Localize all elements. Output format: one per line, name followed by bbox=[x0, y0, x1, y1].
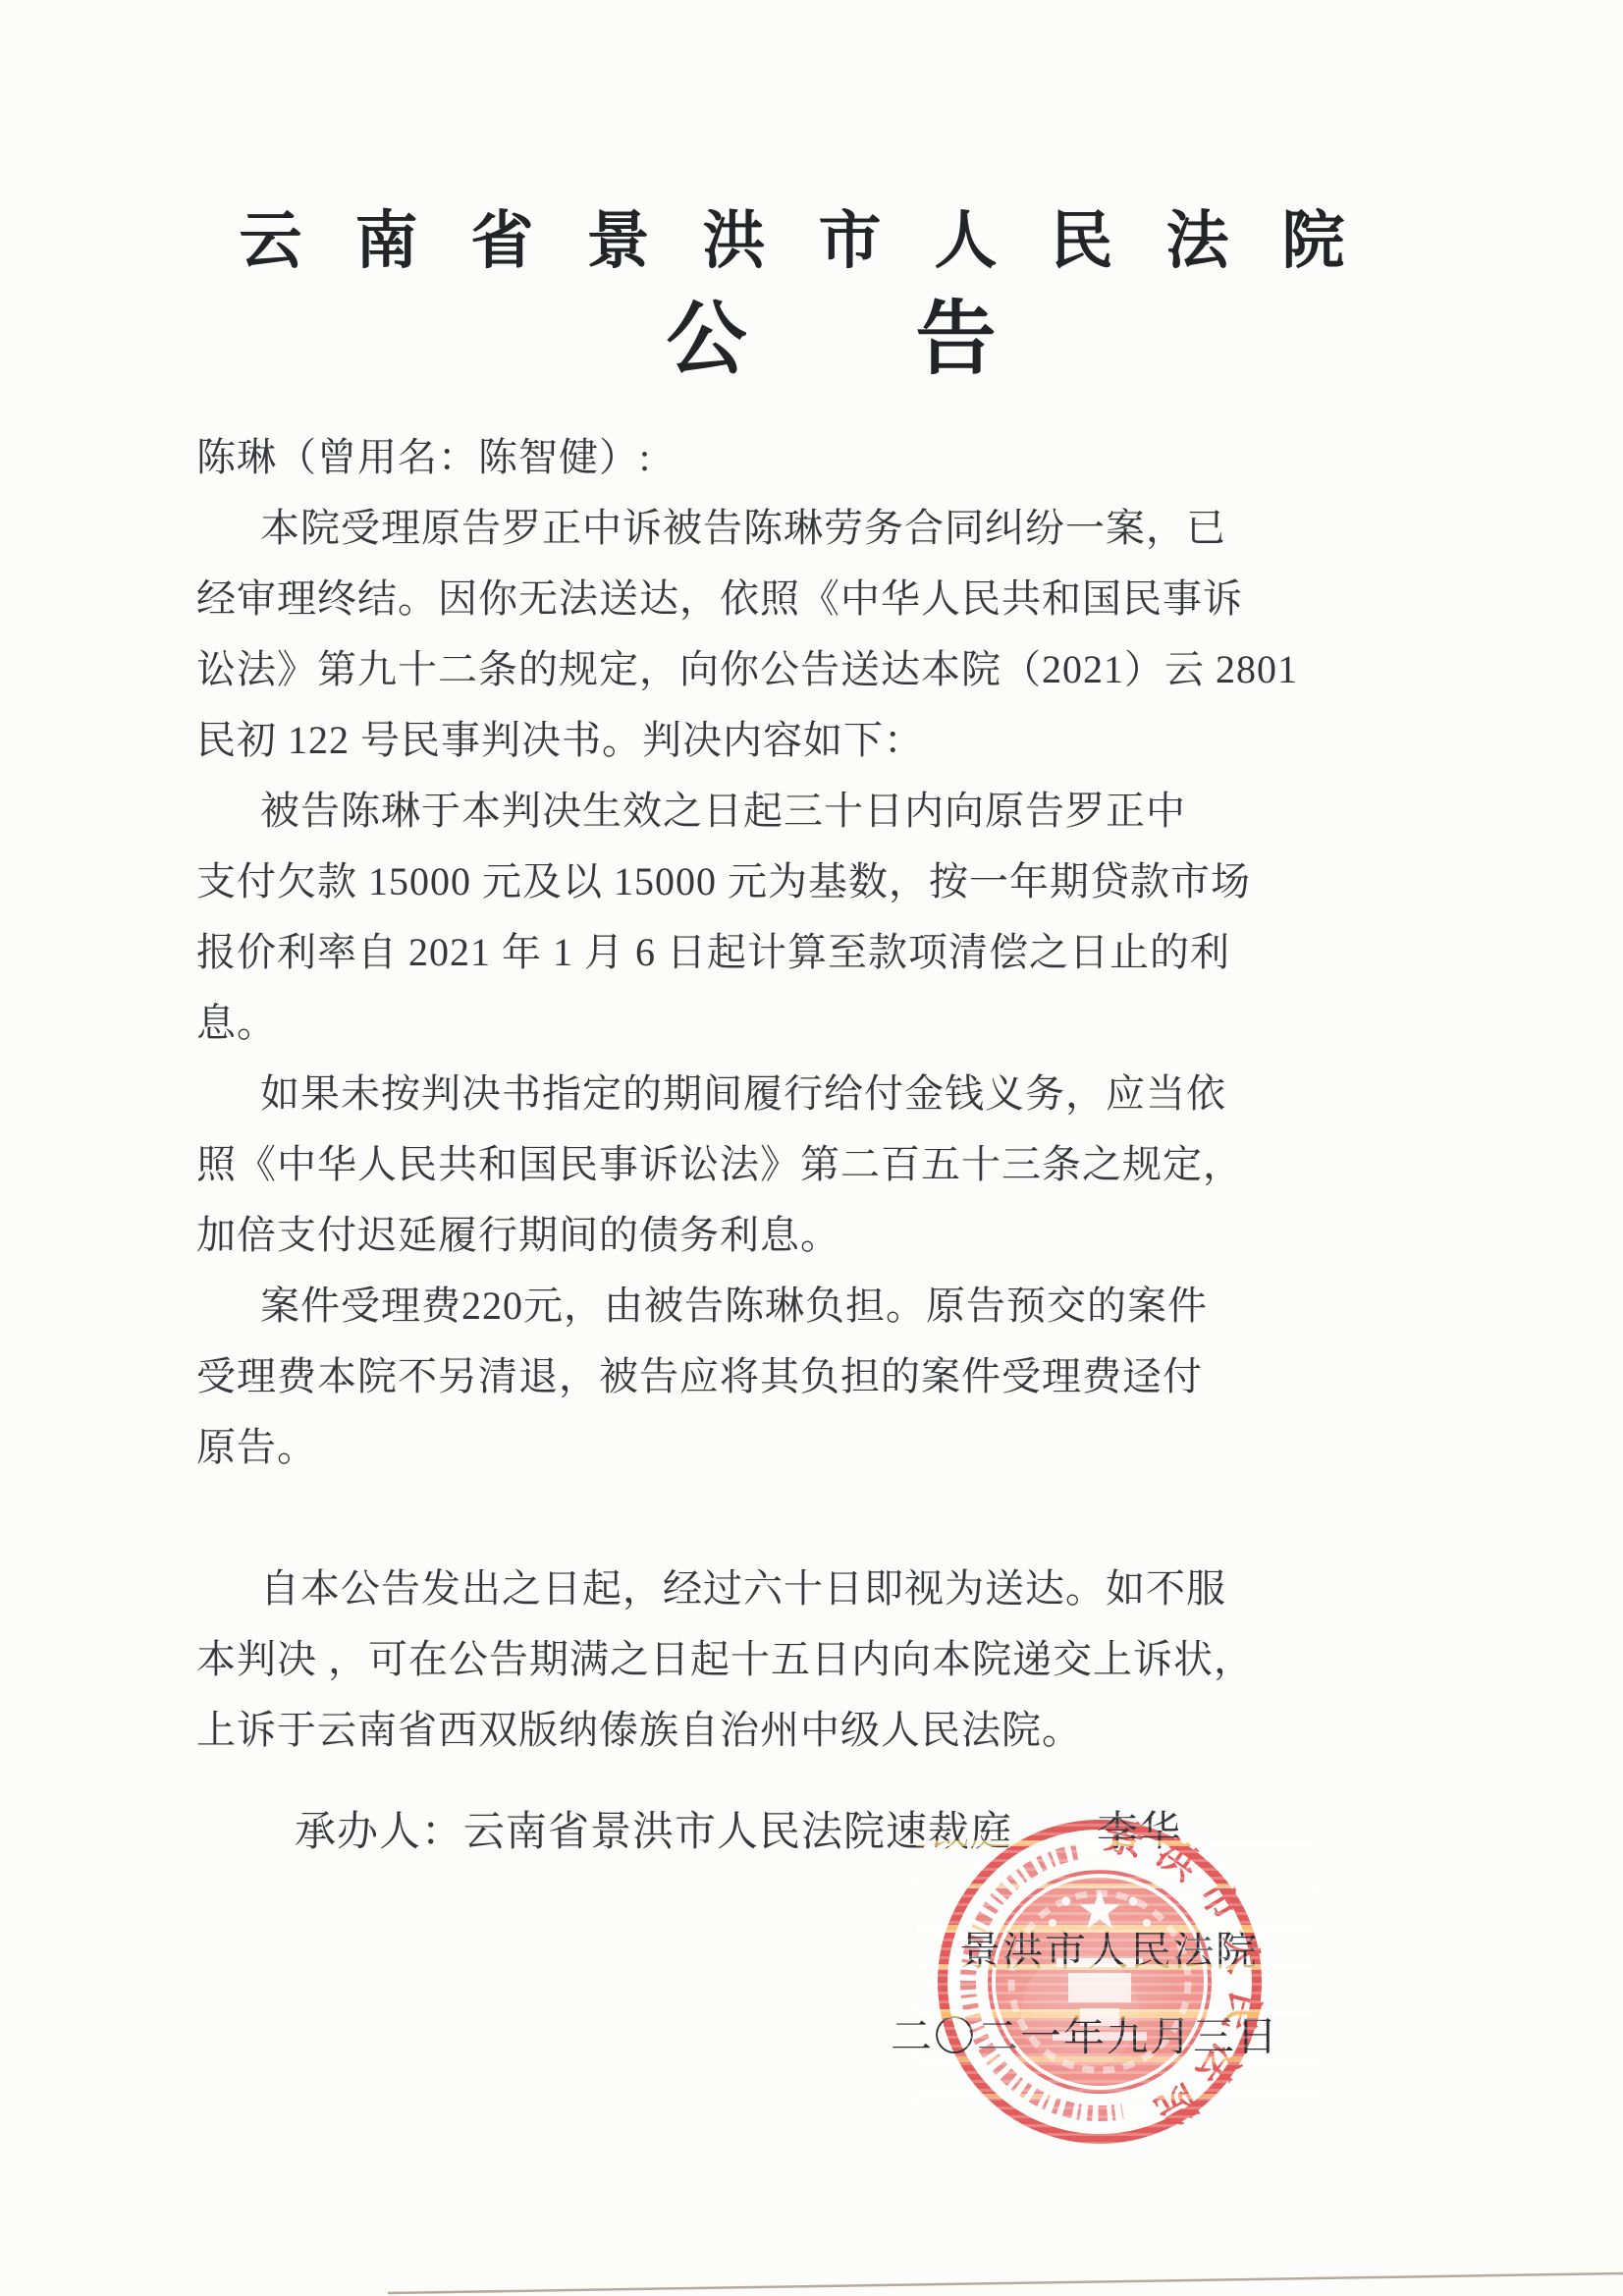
body-line: 本判决 ，可在公告期满之日起十五日内向本院递交上诉状， bbox=[196, 1624, 1375, 1695]
body-line: 如果未按判决书指定的期间履行给付金钱义务，应当依 bbox=[196, 1059, 1375, 1129]
body-line: 报价利率自 2021 年 1 月 6 日起计算至款项清偿之日止的利 bbox=[196, 917, 1375, 988]
body-line: 原告。 bbox=[196, 1412, 1375, 1483]
court-name-title: 云南省景洪市人民法院 bbox=[0, 204, 1603, 277]
body-line: 自本公告发出之日起，经过六十日即视为送达。如不服 bbox=[196, 1554, 1375, 1624]
handler-line: 承办人：云南省景洪市人民法院速裁庭 李华 bbox=[295, 1797, 1623, 1868]
body-line: 陈琳（曾用名：陈智健）: bbox=[196, 422, 1375, 493]
small-star-icon bbox=[1062, 1897, 1071, 1906]
signature-date: 二〇二一年九月三日 bbox=[891, 2002, 1623, 2073]
body-lines: 陈琳（曾用名：陈智健）:本院受理原告罗正中诉被告陈琳劳务合同纠纷一案，已经审理终… bbox=[196, 422, 1375, 1766]
body-line: 民初 122 号民事判决书。判决内容如下： bbox=[196, 705, 1375, 776]
small-star-icon bbox=[1129, 1897, 1138, 1906]
body-line: 本院受理原告罗正中诉被告陈琳劳务合同纠纷一案，已 bbox=[196, 493, 1375, 564]
body-line: 被告陈琳于本判决生效之日起三十日内向原告罗正中 bbox=[196, 776, 1375, 847]
body-line: 支付欠款 15000 元及以 15000 元为基数，按一年期贷款市场 bbox=[196, 847, 1375, 917]
body-line: 上诉于云南省西双版纳傣族自治州中级人民法院。 bbox=[196, 1695, 1375, 1766]
body-line: 照《中华人民共和国民事诉讼法》第二百五十三条之规定， bbox=[196, 1129, 1375, 1200]
body-line: 息。 bbox=[196, 988, 1375, 1059]
body-line: 受理费本院不另清退，被告应将其负担的案件受理费迳付 bbox=[196, 1341, 1375, 1412]
page-edge-line bbox=[0, 2264, 1623, 2296]
body-line: 讼法》第九十二条的规定，向你公告送达本院（2021）云 2801 bbox=[196, 634, 1375, 705]
notice-title: 公告 bbox=[20, 291, 1623, 389]
body-line: 加倍支付迟延履行期间的债务利息。 bbox=[196, 1200, 1375, 1271]
body-line: 案件受理费220元，由被告陈琳负担。原告预交的案件 bbox=[196, 1271, 1375, 1341]
document-page: 云南省景洪市人民法院 公告 陈琳（曾用名：陈智健）:本院受理原告罗正中诉被告陈琳… bbox=[0, 0, 1623, 2296]
body-line: 经审理终结。因你无法送达，依照《中华人民共和国民事诉 bbox=[196, 564, 1375, 634]
signature-court-name: 景洪市人民法院 bbox=[959, 1917, 1623, 1988]
